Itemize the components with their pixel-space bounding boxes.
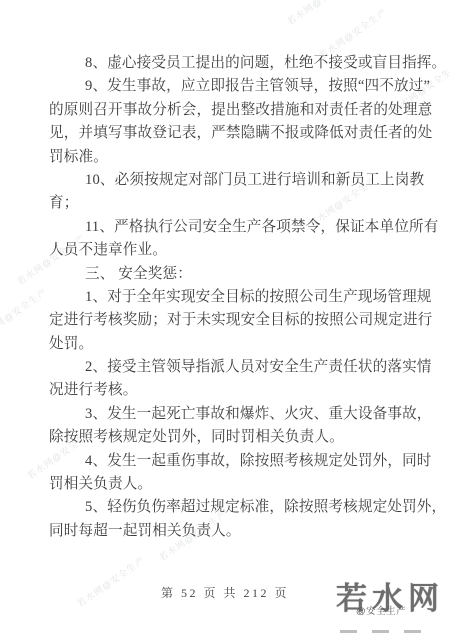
- logo-handle-text: @安全生产: [356, 603, 406, 617]
- text-line: 处罚。: [49, 333, 419, 356]
- text-line: 同时每超一起罚相关负责人。: [49, 520, 419, 543]
- text-line: 4、发生一起重伤事故，除按照考核规定处罚外，同时: [49, 450, 419, 473]
- text-line: 11、严格执行公司安全生产各项禁令，保证本单位所有: [49, 216, 419, 239]
- text-line: 10、必须按规定对部门员工进行培训和新员工上岗教: [49, 169, 419, 192]
- diagonal-watermark: 若水网@安全生产: [74, 553, 147, 610]
- document-page: 若水网@安全生产 若水网@安全生产 若水网@安全生产 若水网@安全生产 若水网@…: [0, 0, 450, 636]
- text-line: 的原则召开事故分析会，提出整改措施和对责任者的处理意: [49, 99, 419, 122]
- text-line: 2、接受主管领导指派人员对安全生产责任状的落实情: [49, 356, 419, 379]
- text-line: 三、 安全奖惩：: [49, 263, 419, 286]
- text-line: 8、虚心接受员工提出的问题，杜绝不接受或盲目指挥。: [49, 52, 419, 75]
- text-line: 见，并填写事故登记表，严禁隐瞒不报或降低对责任者的处: [49, 122, 419, 145]
- text-line: 定进行考核奖励；对于未实现安全目标的按照公司规定进行: [49, 309, 419, 332]
- text-line: 育；: [49, 192, 419, 215]
- text-line: 罚标准。: [49, 146, 419, 169]
- text-line: 1、对于全年实现安全目标的按照公司生产现场管理规: [49, 286, 419, 309]
- diagonal-watermark: 若水网@安全生产: [0, 285, 49, 342]
- text-line: 9、发生事故，应立即报告主管领导，按照“四不放过”: [49, 75, 419, 98]
- document-body: 8、虚心接受员工提出的问题，杜绝不接受或盲目指挥。9、发生事故，应立即报告主管领…: [49, 52, 419, 543]
- text-line: 3、发生一起死亡事故和爆炸、火灾、重大设备事故，: [49, 403, 419, 426]
- text-line: 罚相关负责人。: [49, 473, 419, 496]
- text-line: 人员不违章作业。: [49, 239, 419, 262]
- text-line: 除按照考核规定处罚外，同时罚相关负责人。: [49, 426, 419, 449]
- logo-caption-marks: [340, 630, 421, 633]
- diagonal-watermark: 若水网@安全生产: [284, 0, 357, 28]
- ruoshui-logo-watermark: 若水网 @安全生产: [332, 582, 450, 636]
- text-line: 况进行考核。: [49, 379, 419, 402]
- text-line: 5、轻伤负伤率超过规定标准，除按照考核规定处罚外，: [49, 496, 419, 519]
